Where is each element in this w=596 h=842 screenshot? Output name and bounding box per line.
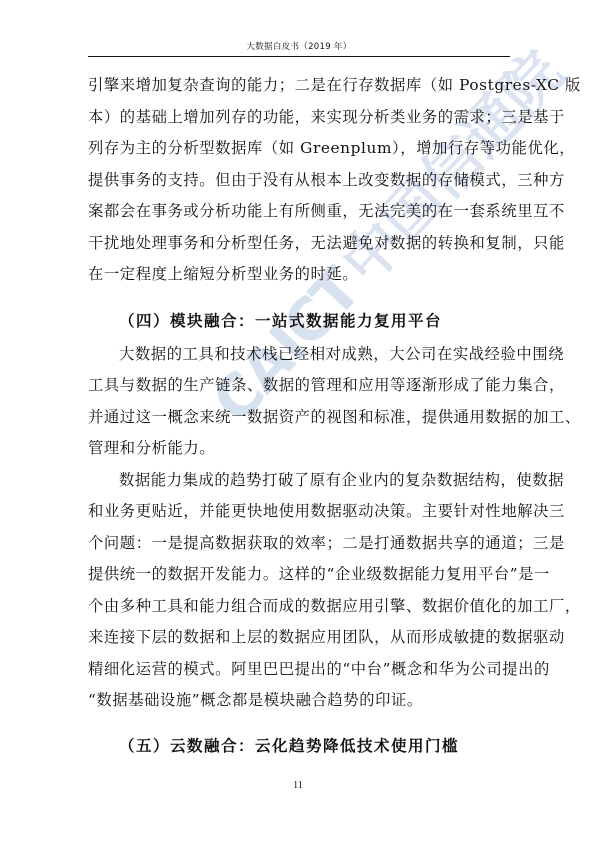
text-line: 提供统一的数据开发能力。这样的“企业级数据能力复用平台”是一 [88,559,512,591]
text-line: 大数据的工具和技术栈已经相对成熟，大公司在实战经验中围绕 [88,339,512,371]
text-line: 本）的基础上增加列存的功能，来实现分析类业务的需求；三是基于 [88,102,512,134]
running-header: 大数据白皮书（2019 年） [88,40,510,57]
paragraph-1: 引擎来增加复杂查询的能力；二是在行存数据库（如 Postgres-XC 版 本）… [88,70,512,291]
page-body: 引擎来增加复杂查询的能力；二是在行存数据库（如 Postgres-XC 版 本）… [88,70,512,761]
text-line: 管理和分析能力。 [88,433,512,465]
text-line: 个问题：一是提高数据获取的效率；二是打通数据共享的通道；三是 [88,528,512,560]
paragraph-2: 大数据的工具和技术栈已经相对成熟，大公司在实战经验中围绕 工具与数据的生产链条、… [88,339,512,465]
text-line: 在一定程度上缩短分析型业务的时延。 [88,259,512,291]
text-line: 工具与数据的生产链条、数据的管理和应用等逐渐形成了能力集合， [88,370,512,402]
text-line: 干扰地处理事务和分析型任务，无法避免对数据的转换和复制，只能 [88,228,512,260]
page-number: 11 [0,780,596,791]
text-line: 和业务更贴近，并能更快地使用数据驱动决策。主要针对性地解决三 [88,496,512,528]
section-heading-4: （四）模块融合：一站式数据能力复用平台 [88,303,512,339]
text-line: 数据能力集成的趋势打破了原有企业内的复杂数据结构，使数据 [88,465,512,497]
text-line: 并通过这一概念来统一数据资产的视图和标准，提供通用数据的加工、 [88,402,512,434]
text-line: 精细化运营的模式。阿里巴巴提出的“中台”概念和华为公司提出的 [88,654,512,686]
text-line: 案都会在事务或分析功能上有所侧重，无法完美的在一套系统里互不 [88,196,512,228]
paragraph-3: 数据能力集成的趋势打破了原有企业内的复杂数据结构，使数据 和业务更贴近，并能更快… [88,465,512,717]
text-line: 提供事务的支持。但由于没有从根本上改变数据的存储模式，三种方 [88,165,512,197]
text-line: 列存为主的分析型数据库（如 Greenplum），增加行存等功能优化， [88,133,512,165]
header-title: 大数据白皮书（2019 年） [246,42,351,52]
text-line: 个由多种工具和能力组合而成的数据应用引擎、数据价值化的加工厂， [88,591,512,623]
text-line: 来连接下层的数据和上层的数据应用团队，从而形成敏捷的数据驱动 [88,622,512,654]
text-line: “数据基础设施”概念都是模块融合趋势的印证。 [88,685,512,717]
text-line: 引擎来增加复杂查询的能力；二是在行存数据库（如 Postgres-XC 版 [88,70,512,102]
section-heading-5: （五）云数融合：云化趋势降低技术使用门槛 [88,731,512,761]
